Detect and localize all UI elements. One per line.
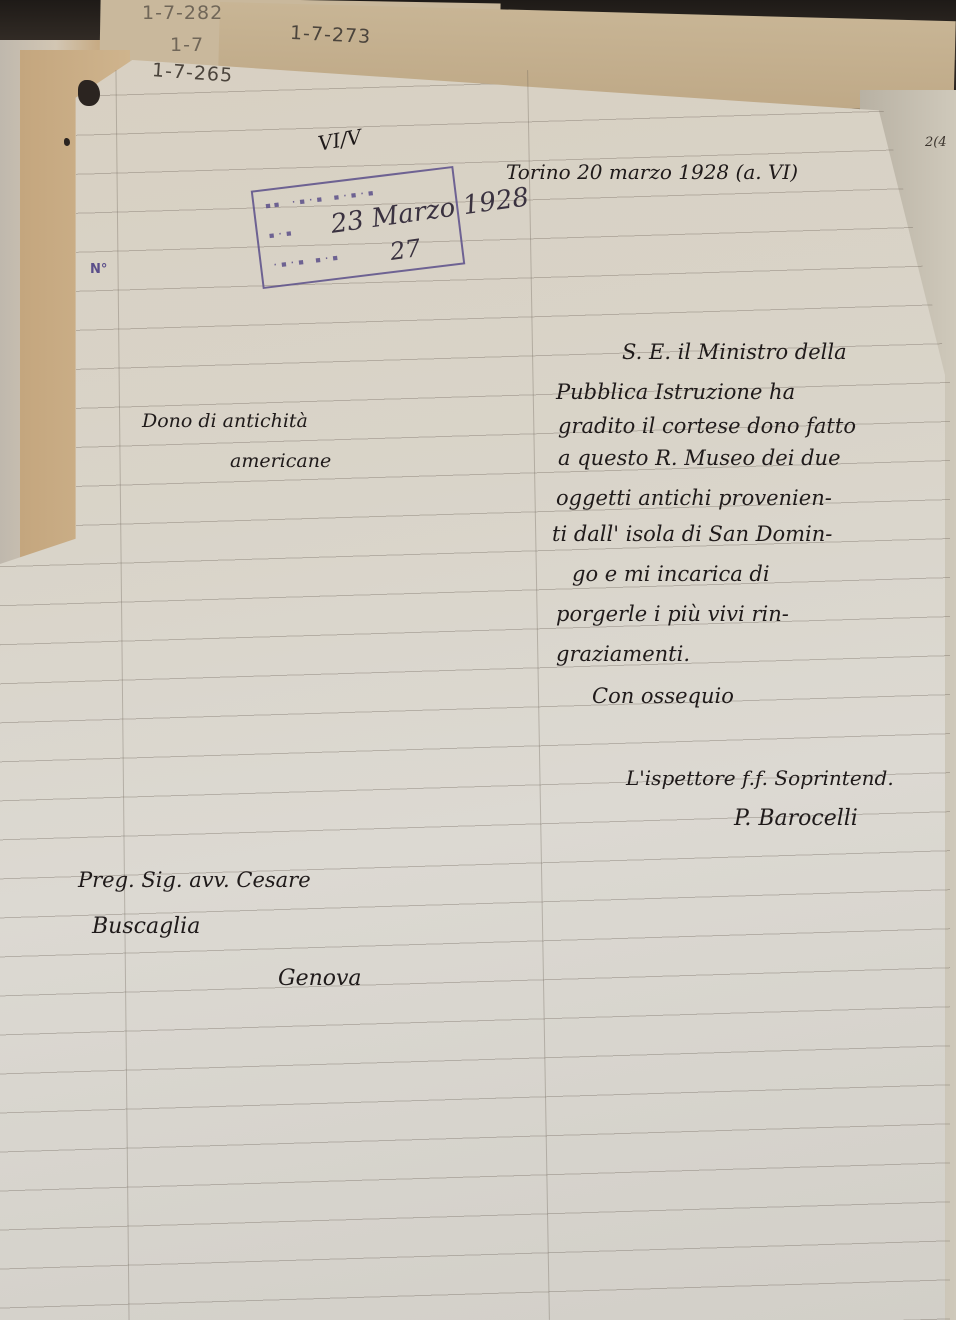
body-line: a questo R. Museo dei due bbox=[558, 446, 841, 470]
body-line: ti dall' isola di San Domin- bbox=[552, 522, 832, 546]
subject-line-2: americane bbox=[230, 450, 331, 472]
body-line: oggetti antichi provenien- bbox=[556, 486, 832, 510]
archive-number-right-edge: 2(4 bbox=[925, 135, 947, 150]
stamp-footer-text: ·▪·▪ ▪·▪ bbox=[271, 250, 341, 271]
stamp-protocol-number: 27 bbox=[388, 234, 422, 266]
addressee-line-2: Buscaglia bbox=[92, 914, 200, 939]
archive-number-back-1: 1-7-282 bbox=[142, 2, 223, 24]
stamp-middle-text: ▪·▪ bbox=[268, 226, 295, 242]
addressee-city: Genova bbox=[278, 966, 362, 991]
body-line: S. E. il Ministro della bbox=[622, 340, 847, 364]
ruled-lines bbox=[0, 60, 950, 1320]
body-line: go e mi incarica di bbox=[572, 562, 770, 586]
subject-line-1: Dono di antichità bbox=[142, 410, 308, 432]
closing: Con ossequio bbox=[592, 684, 734, 708]
punch-hole bbox=[64, 138, 70, 146]
body-line: porgerle i più vivi rin- bbox=[556, 602, 789, 626]
torn-hole bbox=[78, 80, 100, 106]
body-line: graziamenti. bbox=[556, 642, 690, 666]
left-edge-stamp-mark: N° bbox=[90, 262, 107, 277]
archive-number-back-2: 1-7-273 bbox=[289, 22, 371, 48]
body-line: Pubblica Istruzione ha bbox=[556, 380, 795, 404]
place-date: Torino 20 marzo 1928 (a. VI) bbox=[506, 160, 798, 184]
addressee-line-1: Preg. Sig. avv. Cesare bbox=[78, 868, 311, 892]
signature-name: P. Barocelli bbox=[734, 806, 858, 831]
signature-title: L'ispettore f.f. Soprintend. bbox=[626, 766, 894, 790]
body-line: gradito il cortese dono fatto bbox=[558, 414, 856, 438]
archive-number-back-3: 1-7 bbox=[170, 34, 204, 56]
